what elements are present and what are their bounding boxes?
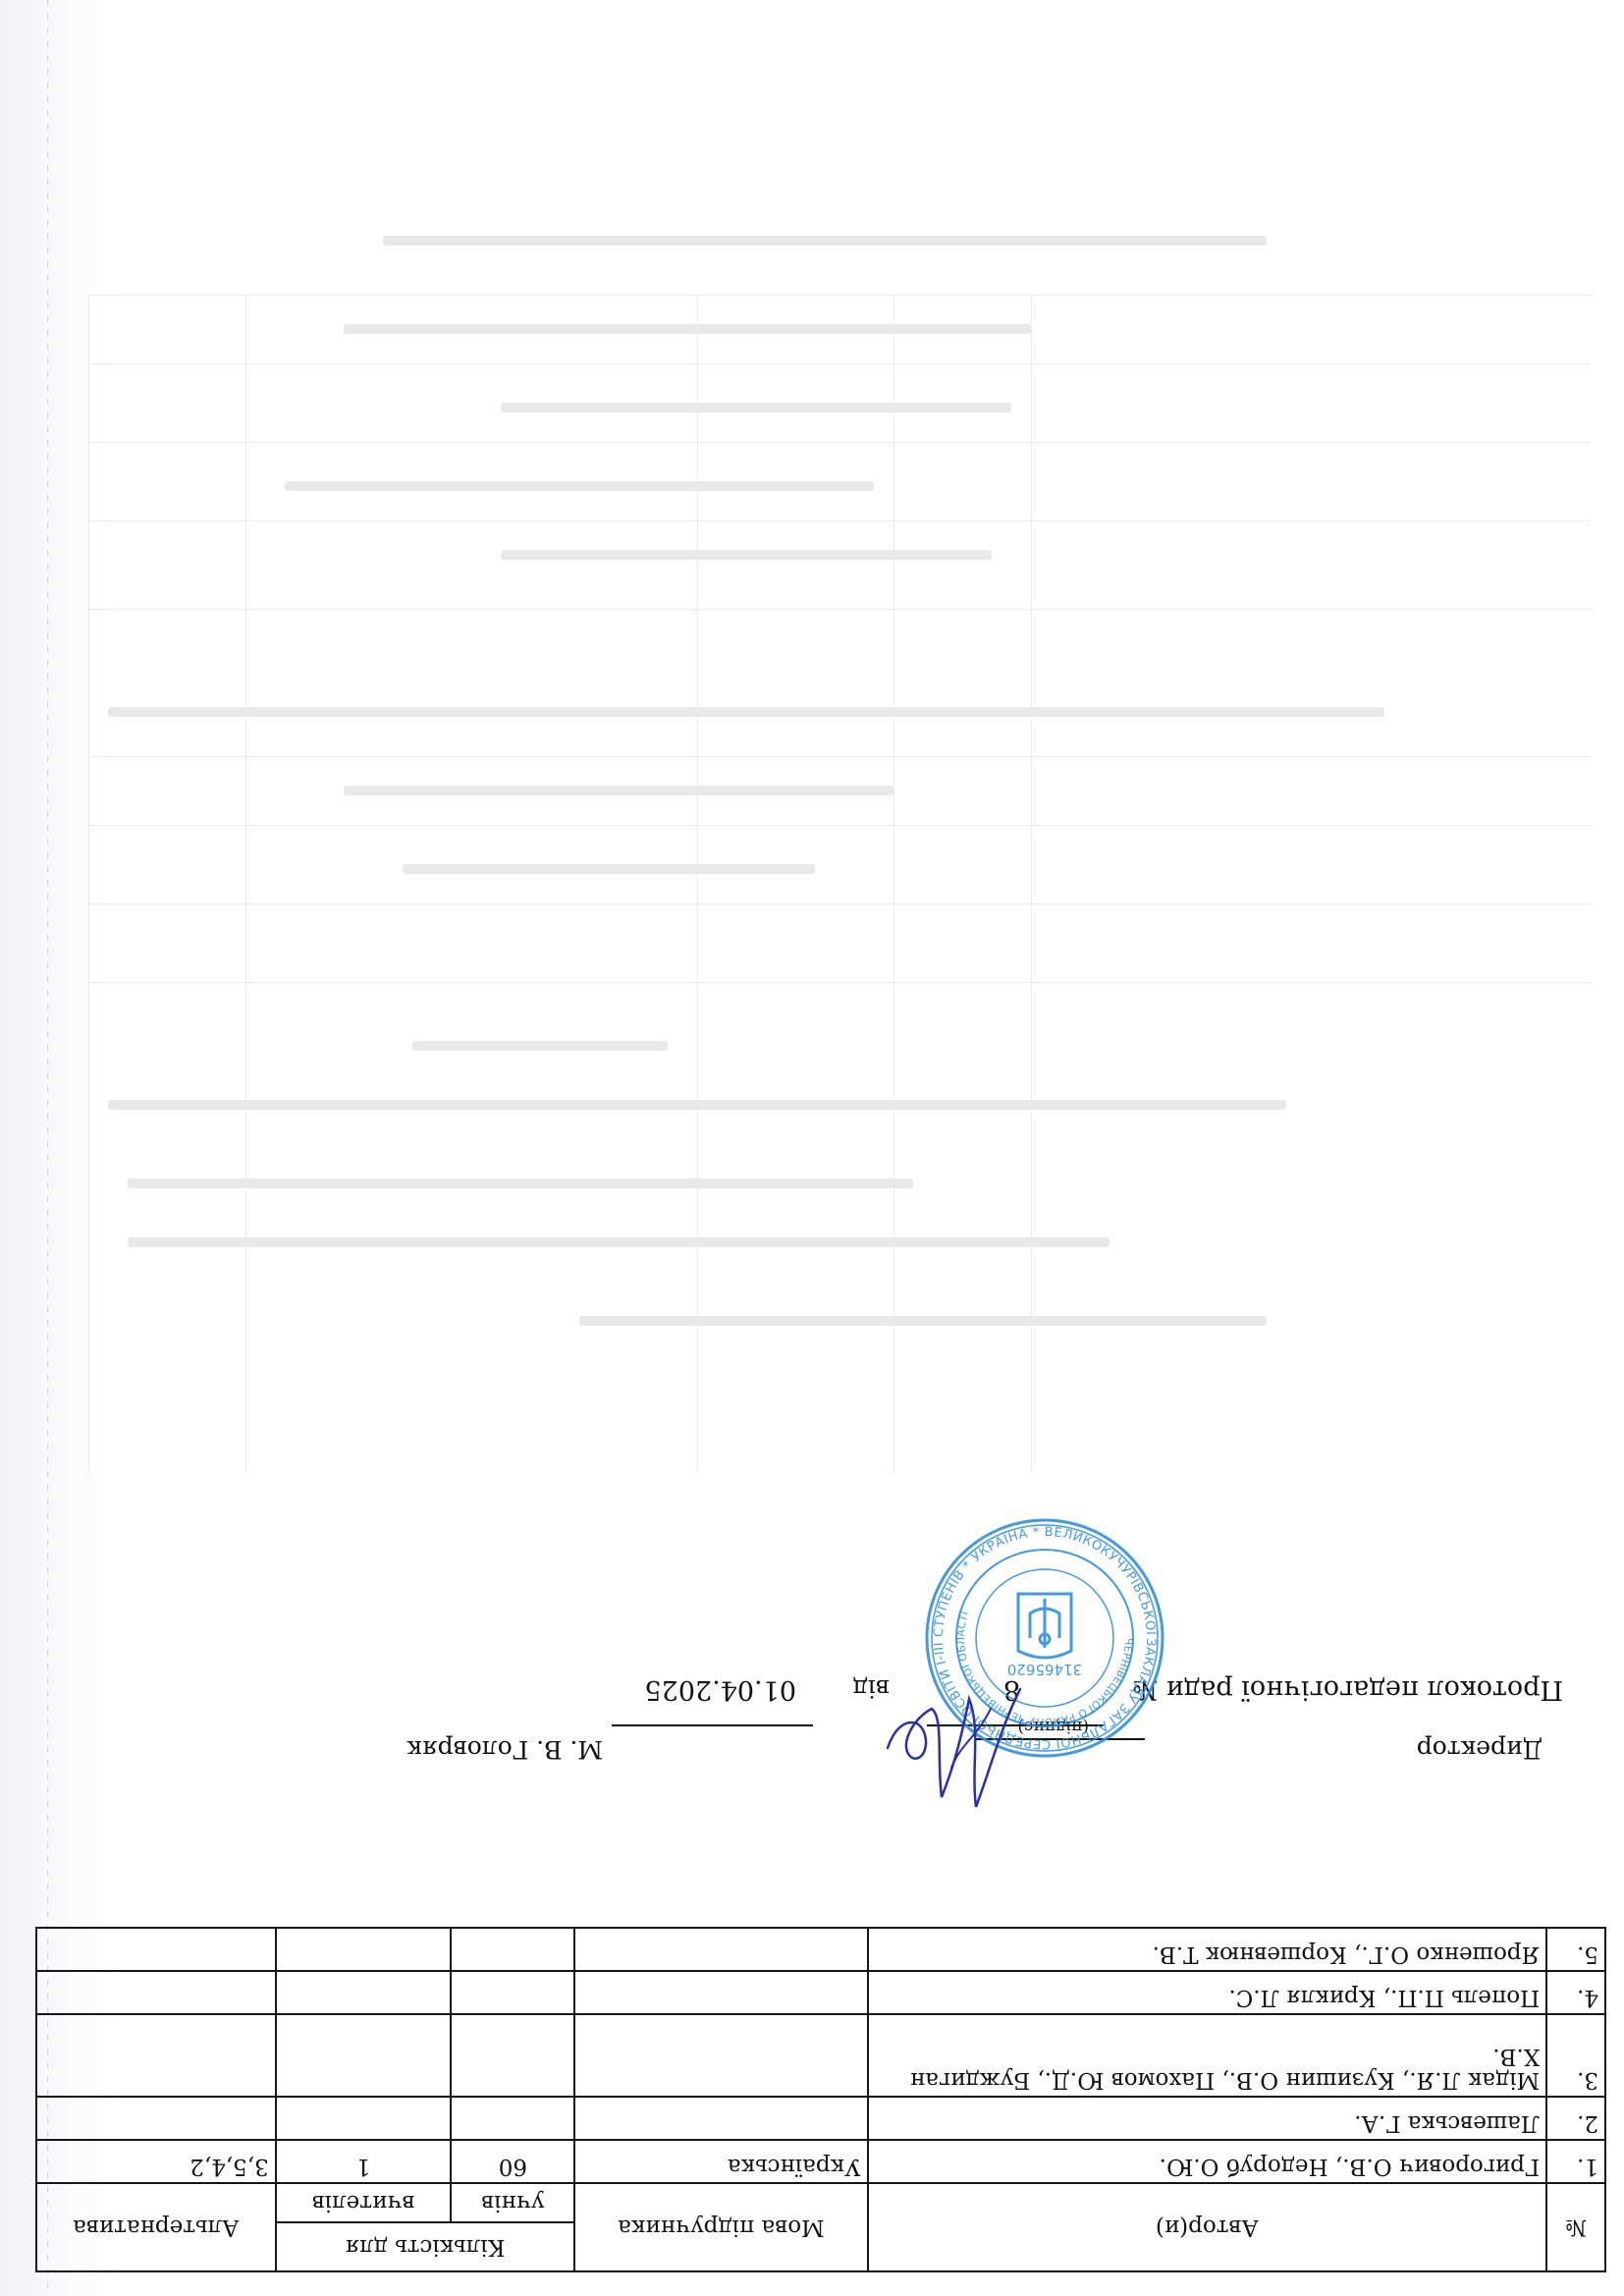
header-authors: Автор(и) [868, 2183, 1547, 2271]
director-name: М. В. Головряк [406, 1735, 603, 1764]
protocol-label: Протокол педагогічної ради № [1133, 1674, 1563, 1705]
director-label: Директор [1417, 1735, 1543, 1764]
header-number: № [1546, 2183, 1605, 2271]
table-row: 2. Лашевська Г.А. [36, 2097, 1605, 2140]
header-alternative: Альтернатива [36, 2183, 276, 2271]
table-row: 3. Мідак Л.Я., Кузишин О.В., Пахомов Ю.Д… [36, 2014, 1605, 2097]
header-quantity: Кількість для [276, 2222, 575, 2271]
header-teachers: вчителів [276, 2183, 452, 2222]
textbook-table: № Автор(и) Мова підручника Кількість для… [35, 1927, 1606, 2272]
handwritten-signature-icon [883, 1679, 1030, 1827]
header-language: Мова підручника [574, 2183, 867, 2271]
table-row: 1. Григорович О.В., Недоруб О.Ю. Українс… [36, 2140, 1605, 2183]
svg-text:31465620: 31465620 [1007, 1661, 1082, 1678]
table-row: 4. Попель П.П., Крикля Л.С. [36, 1971, 1605, 2014]
header-students: учнів [451, 2183, 574, 2222]
table-row: 5. Ярошенко О.Г., Коршевнюк Т.В. [36, 1928, 1605, 1971]
protocol-date: 01.04.2025 [644, 1674, 796, 1705]
document-page: № Автор(и) Мова підручника Кількість для… [0, 0, 1624, 2296]
protocol-date-line [612, 1724, 813, 1726]
